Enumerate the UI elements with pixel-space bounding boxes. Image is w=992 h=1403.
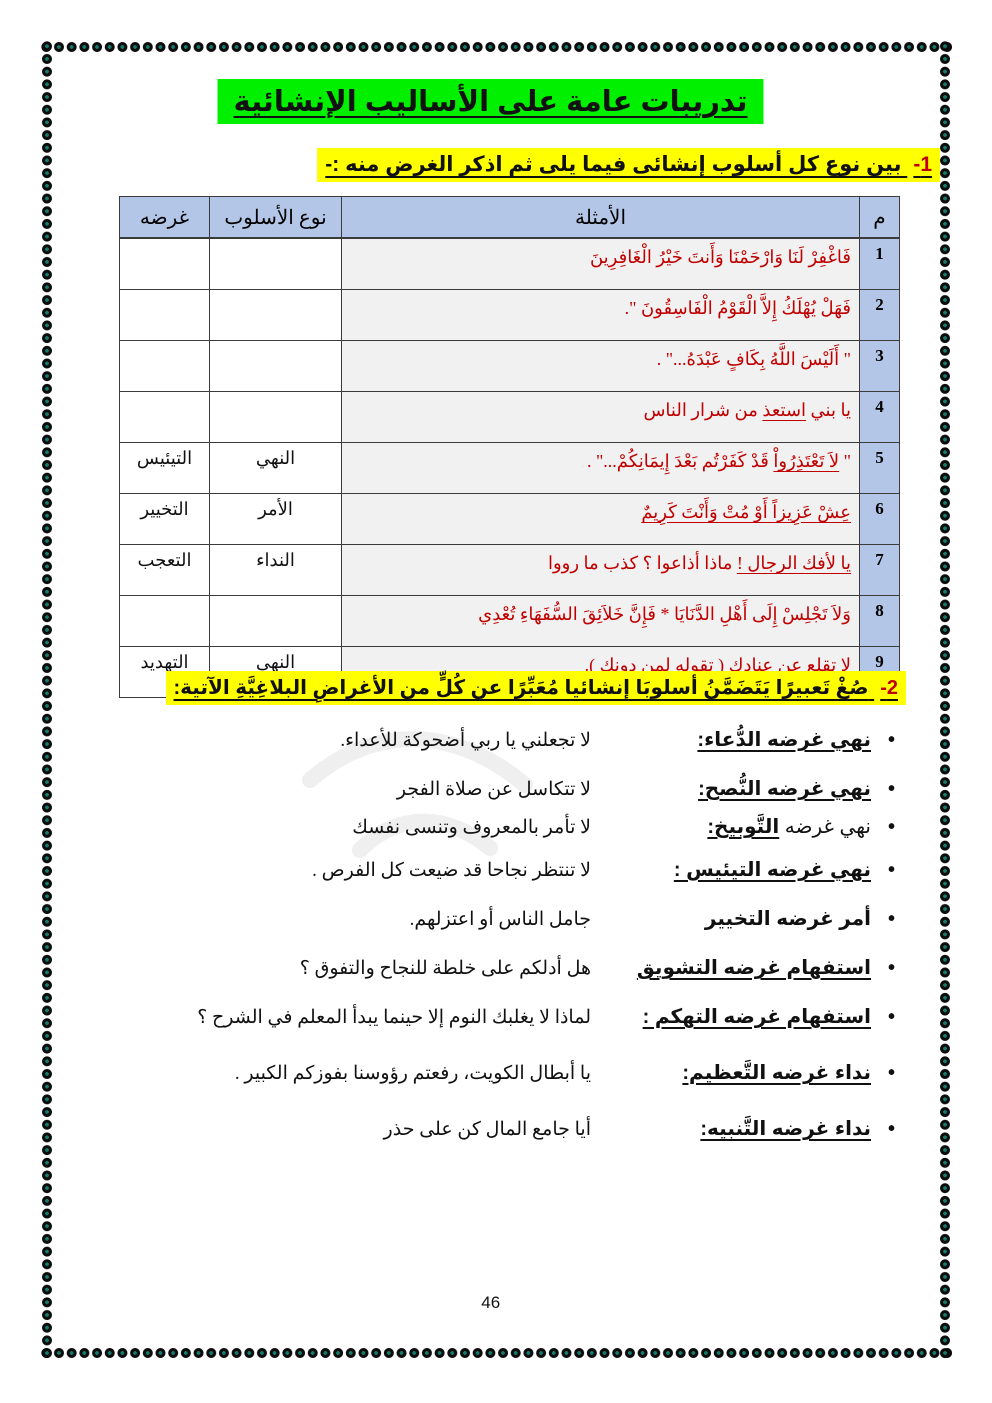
purpose-answer: لا تجعلني يا ربي أضحوكة للأعداء. [133, 725, 591, 757]
decorative-border-right [938, 40, 952, 1360]
bullet-icon: • [871, 1113, 895, 1145]
header-examples: الأمثلة [342, 197, 860, 239]
table-row: 7 يا لأفك الرجال ! ماذا أذاعوا ؟ كذب ما … [120, 545, 900, 596]
purpose-answer: لماذا لا يغلبك النوم إلا حينما يبدأ المع… [133, 1002, 591, 1034]
styles-exercise-table: م الأمثلة نوع الأسلوب غرضه 1 فَاغْفِرْ ل… [119, 196, 900, 698]
table-row: 1 فَاغْفِرْ لَنَا وَارْحَمْنَا وَأَنتَ خ… [120, 238, 900, 290]
list-item: • نهي غرضه التيئيس : لا تنتظر نجاحا قد ض… [133, 854, 895, 887]
bullet-icon: • [871, 903, 895, 935]
list-item: • نهي غرضه الدُّعاء: لا تجعلني يا ربي أض… [133, 724, 895, 757]
table-row: 8 وَلاَ تَجْلِسْ إِلَى أَهْلِ الدَّنَايَ… [120, 596, 900, 647]
header-style-type: نوع الأسلوب [210, 197, 342, 239]
bullet-icon: • [871, 724, 895, 756]
purpose-label: نداء غرضه التَّعظيم: [591, 1057, 871, 1089]
purpose-label: استفهام غرضه التشويق [591, 952, 871, 984]
list-item: • استفهام غرضه التشويق هل أدلكم على خلطة… [133, 952, 895, 985]
table-row: 2 فَهَلْ يُهْلَكُ إِلاَّ الْقَوْمُ الْفَ… [120, 290, 900, 341]
purpose-label: نداء غرضه التَّنبيه: [591, 1113, 871, 1145]
decorative-border-left [40, 40, 54, 1360]
bullet-icon: • [871, 952, 895, 984]
list-item: • أمر غرضه التخيير جامل الناس أو اعتزلهم… [133, 903, 895, 936]
purpose-answer: لا تتكاسل عن صلاة الفجر [133, 774, 591, 806]
purposes-list: • نهي غرضه الدُّعاء: لا تجعلني يا ربي أض… [133, 724, 895, 1162]
decorative-border-bottom [40, 1346, 952, 1360]
purpose-label: نهي غرضه التيئيس : [591, 854, 871, 886]
table-header-row: م الأمثلة نوع الأسلوب غرضه [120, 197, 900, 239]
table-row: 5 " لاَ تَعْتَذِرُواْ قَدْ كَفَرْتُم بَع… [120, 443, 900, 494]
bullet-icon: • [871, 854, 895, 886]
purpose-label: نهي غرضه التَّوبيخ: [591, 811, 871, 843]
bullet-icon: • [871, 1057, 895, 1089]
table-row: 6 عِشْ عَزِيزاً أَوْ مُتْ وَأَنْتَ كَرِي… [120, 494, 900, 545]
purpose-label: أمر غرضه التخيير [591, 903, 871, 935]
purpose-answer: لا تنتظر نجاحا قد ضيعت كل الفرص . [133, 855, 591, 887]
purpose-answer: جامل الناس أو اعتزلهم. [133, 904, 591, 936]
page-number: 46 [481, 1293, 500, 1313]
question-1-text: بين نوع كل أسلوب إنشائى فيما يلى ثم اذكر… [325, 153, 901, 176]
purpose-answer: لا تأمر بالمعروف وتنسى نفسك [133, 812, 591, 844]
list-item: • نهي غرضه النُّصح: لا تتكاسل عن صلاة ال… [133, 773, 895, 806]
purpose-answer: يا أبطال الكويت، رفعتم رؤوسنا بفوزكم الك… [133, 1058, 591, 1090]
table-row: 3 " أَلَيْسَ اللَّهُ بِكَافٍ عَبْدَهُ...… [120, 341, 900, 392]
purpose-label: نهي غرضه الدُّعاء: [591, 724, 871, 756]
purpose-label: نهي غرضه النُّصح: [591, 773, 871, 805]
question-1-heading: 1- بين نوع كل أسلوب إنشائى فيما يلى ثم ا… [317, 148, 940, 182]
purpose-label: استفهام غرضه التهكم : [591, 1001, 871, 1033]
question-2-number: 2- [874, 677, 898, 699]
purpose-answer: هل أدلكم على خلطة للنجاح والتفوق ؟ [133, 953, 591, 985]
question-2-text: صُغْ تَعبيرًا يَتَضَمَّنُ أسلوبَا إنشائي… [174, 677, 869, 699]
list-item: • نداء غرضه التَّنبيه: أيا جامع المال كن… [133, 1113, 895, 1146]
table-row: 4 يا بني استعذ من شرار الناس [120, 392, 900, 443]
list-item: • نداء غرضه التَّعظيم: يا أبطال الكويت، … [133, 1057, 895, 1090]
list-item: • استفهام غرضه التهكم : لماذا لا يغلبك ا… [133, 1001, 895, 1034]
list-item: • نهي غرضه التَّوبيخ: لا تأمر بالمعروف و… [133, 811, 895, 844]
bullet-icon: • [871, 1001, 895, 1033]
header-index: م [860, 197, 900, 239]
purpose-answer: أيا جامع المال كن على حذر [133, 1114, 591, 1146]
decorative-border-top [40, 40, 952, 54]
question-1-number: 1- [907, 153, 932, 176]
page-title: تدريبات عامة على الأساليب الإنشائية [218, 79, 764, 124]
header-purpose: غرضه [120, 197, 210, 239]
question-2-heading: 2- صُغْ تَعبيرًا يَتَضَمَّنُ أسلوبَا إنش… [166, 671, 907, 705]
bullet-icon: • [871, 811, 895, 843]
bullet-icon: • [871, 773, 895, 805]
